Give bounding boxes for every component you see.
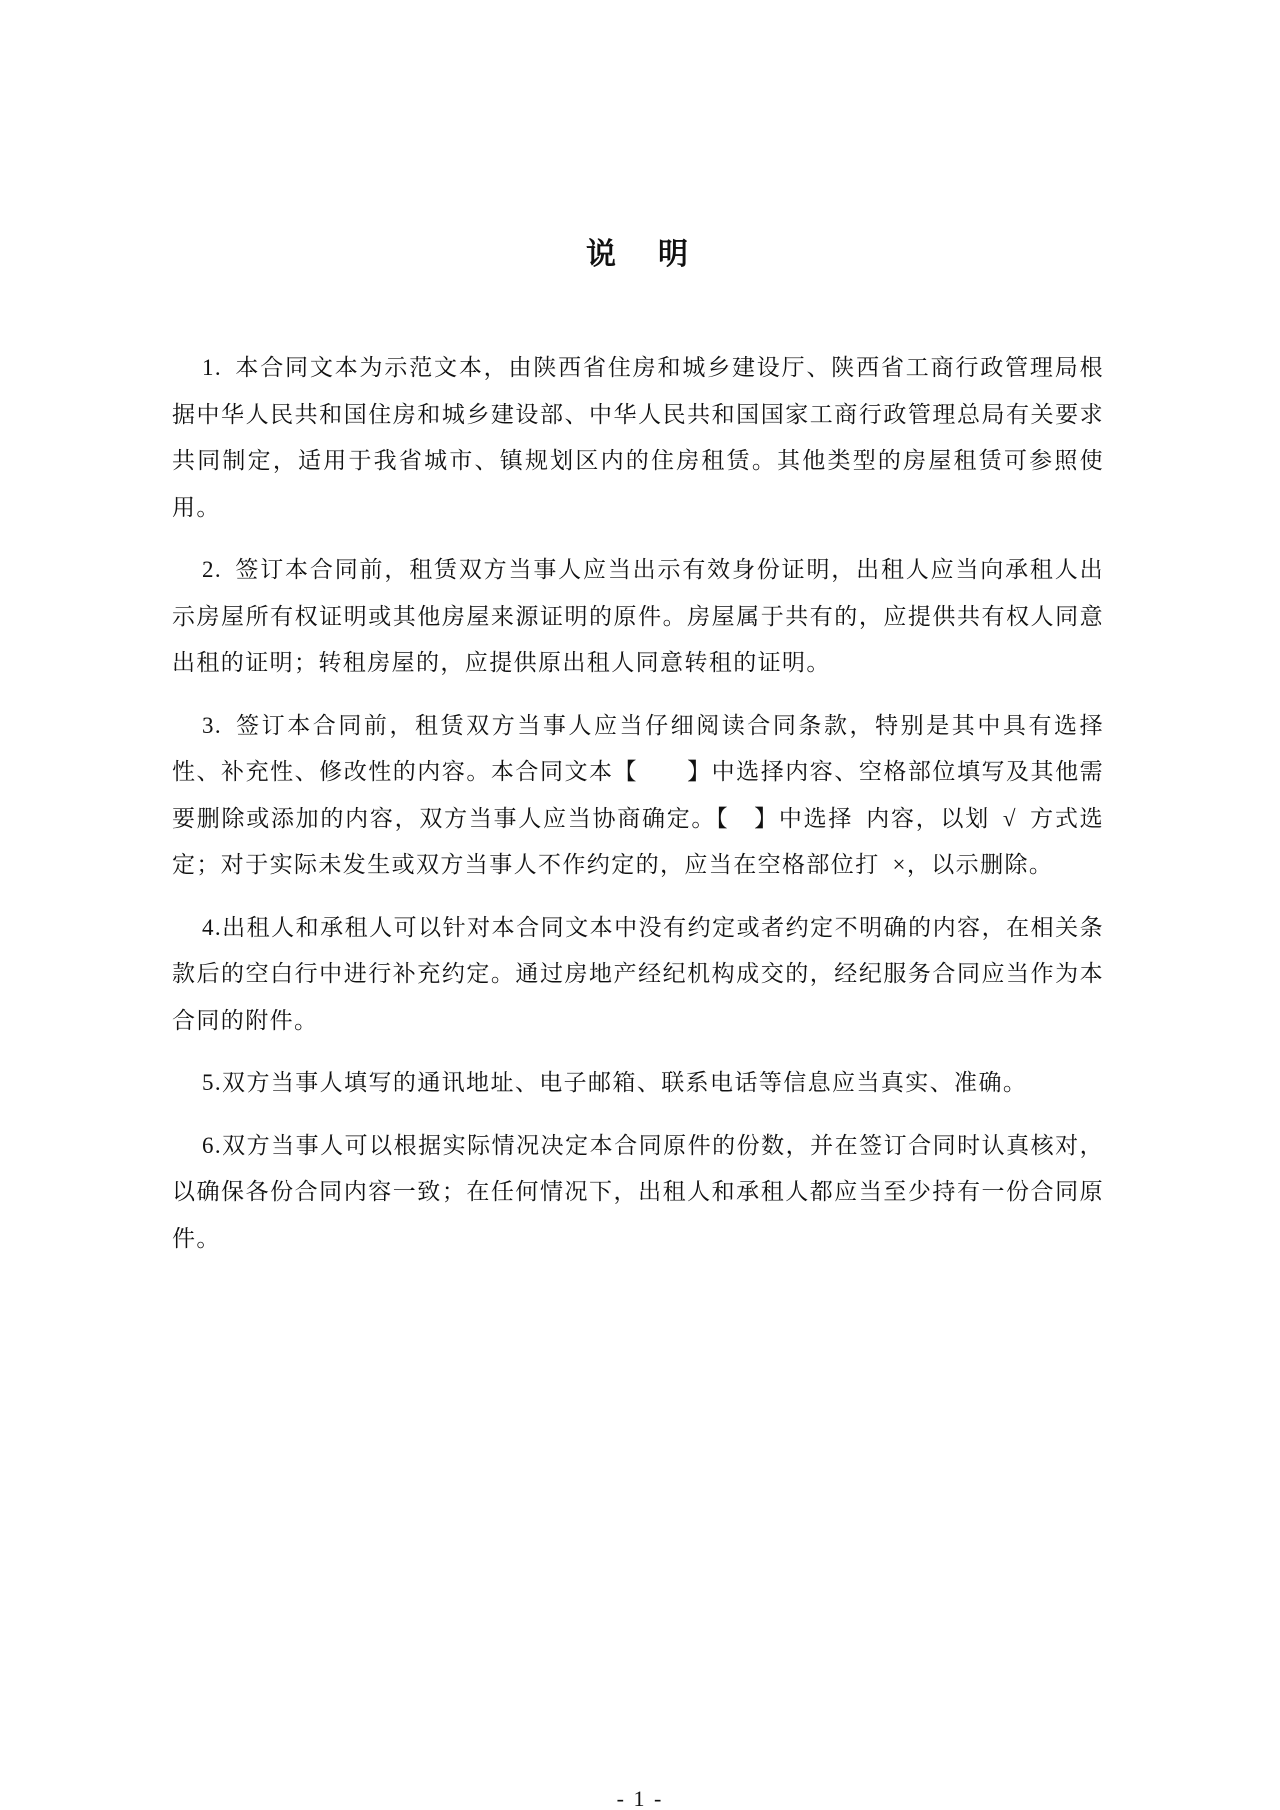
document-page: 说 明 1. 本合同文本为示范文本，由陕西省住房和城乡建设厅、陕西省工商行政管理… (0, 0, 1280, 1810)
paragraph-6: 6.双方当事人可以根据实际情况决定本合同原件的份数，并在签订合同时认真核对，以确… (172, 1123, 1104, 1263)
paragraph-5: 5.双方当事人填写的通讯地址、电子邮箱、联系电话等信息应当真实、准确。 (172, 1060, 1104, 1107)
paragraph-2: 2. 签订本合同前，租赁双方当事人应当出示有效身份证明，出租人应当向承租人出示房… (172, 547, 1104, 687)
page-title: 说 明 (0, 0, 1280, 273)
document-body: 1. 本合同文本为示范文本，由陕西省住房和城乡建设厅、陕西省工商行政管理局根据中… (172, 345, 1104, 1262)
paragraph-1: 1. 本合同文本为示范文本，由陕西省住房和城乡建设厅、陕西省工商行政管理局根据中… (172, 345, 1104, 531)
page-number: - 1 - (0, 1786, 1280, 1810)
paragraph-3: 3. 签订本合同前，租赁双方当事人应当仔细阅读合同条款，特别是其中具有选择性、补… (172, 703, 1104, 889)
paragraph-4: 4.出租人和承租人可以针对本合同文本中没有约定或者约定不明确的内容，在相关条款后… (172, 905, 1104, 1045)
